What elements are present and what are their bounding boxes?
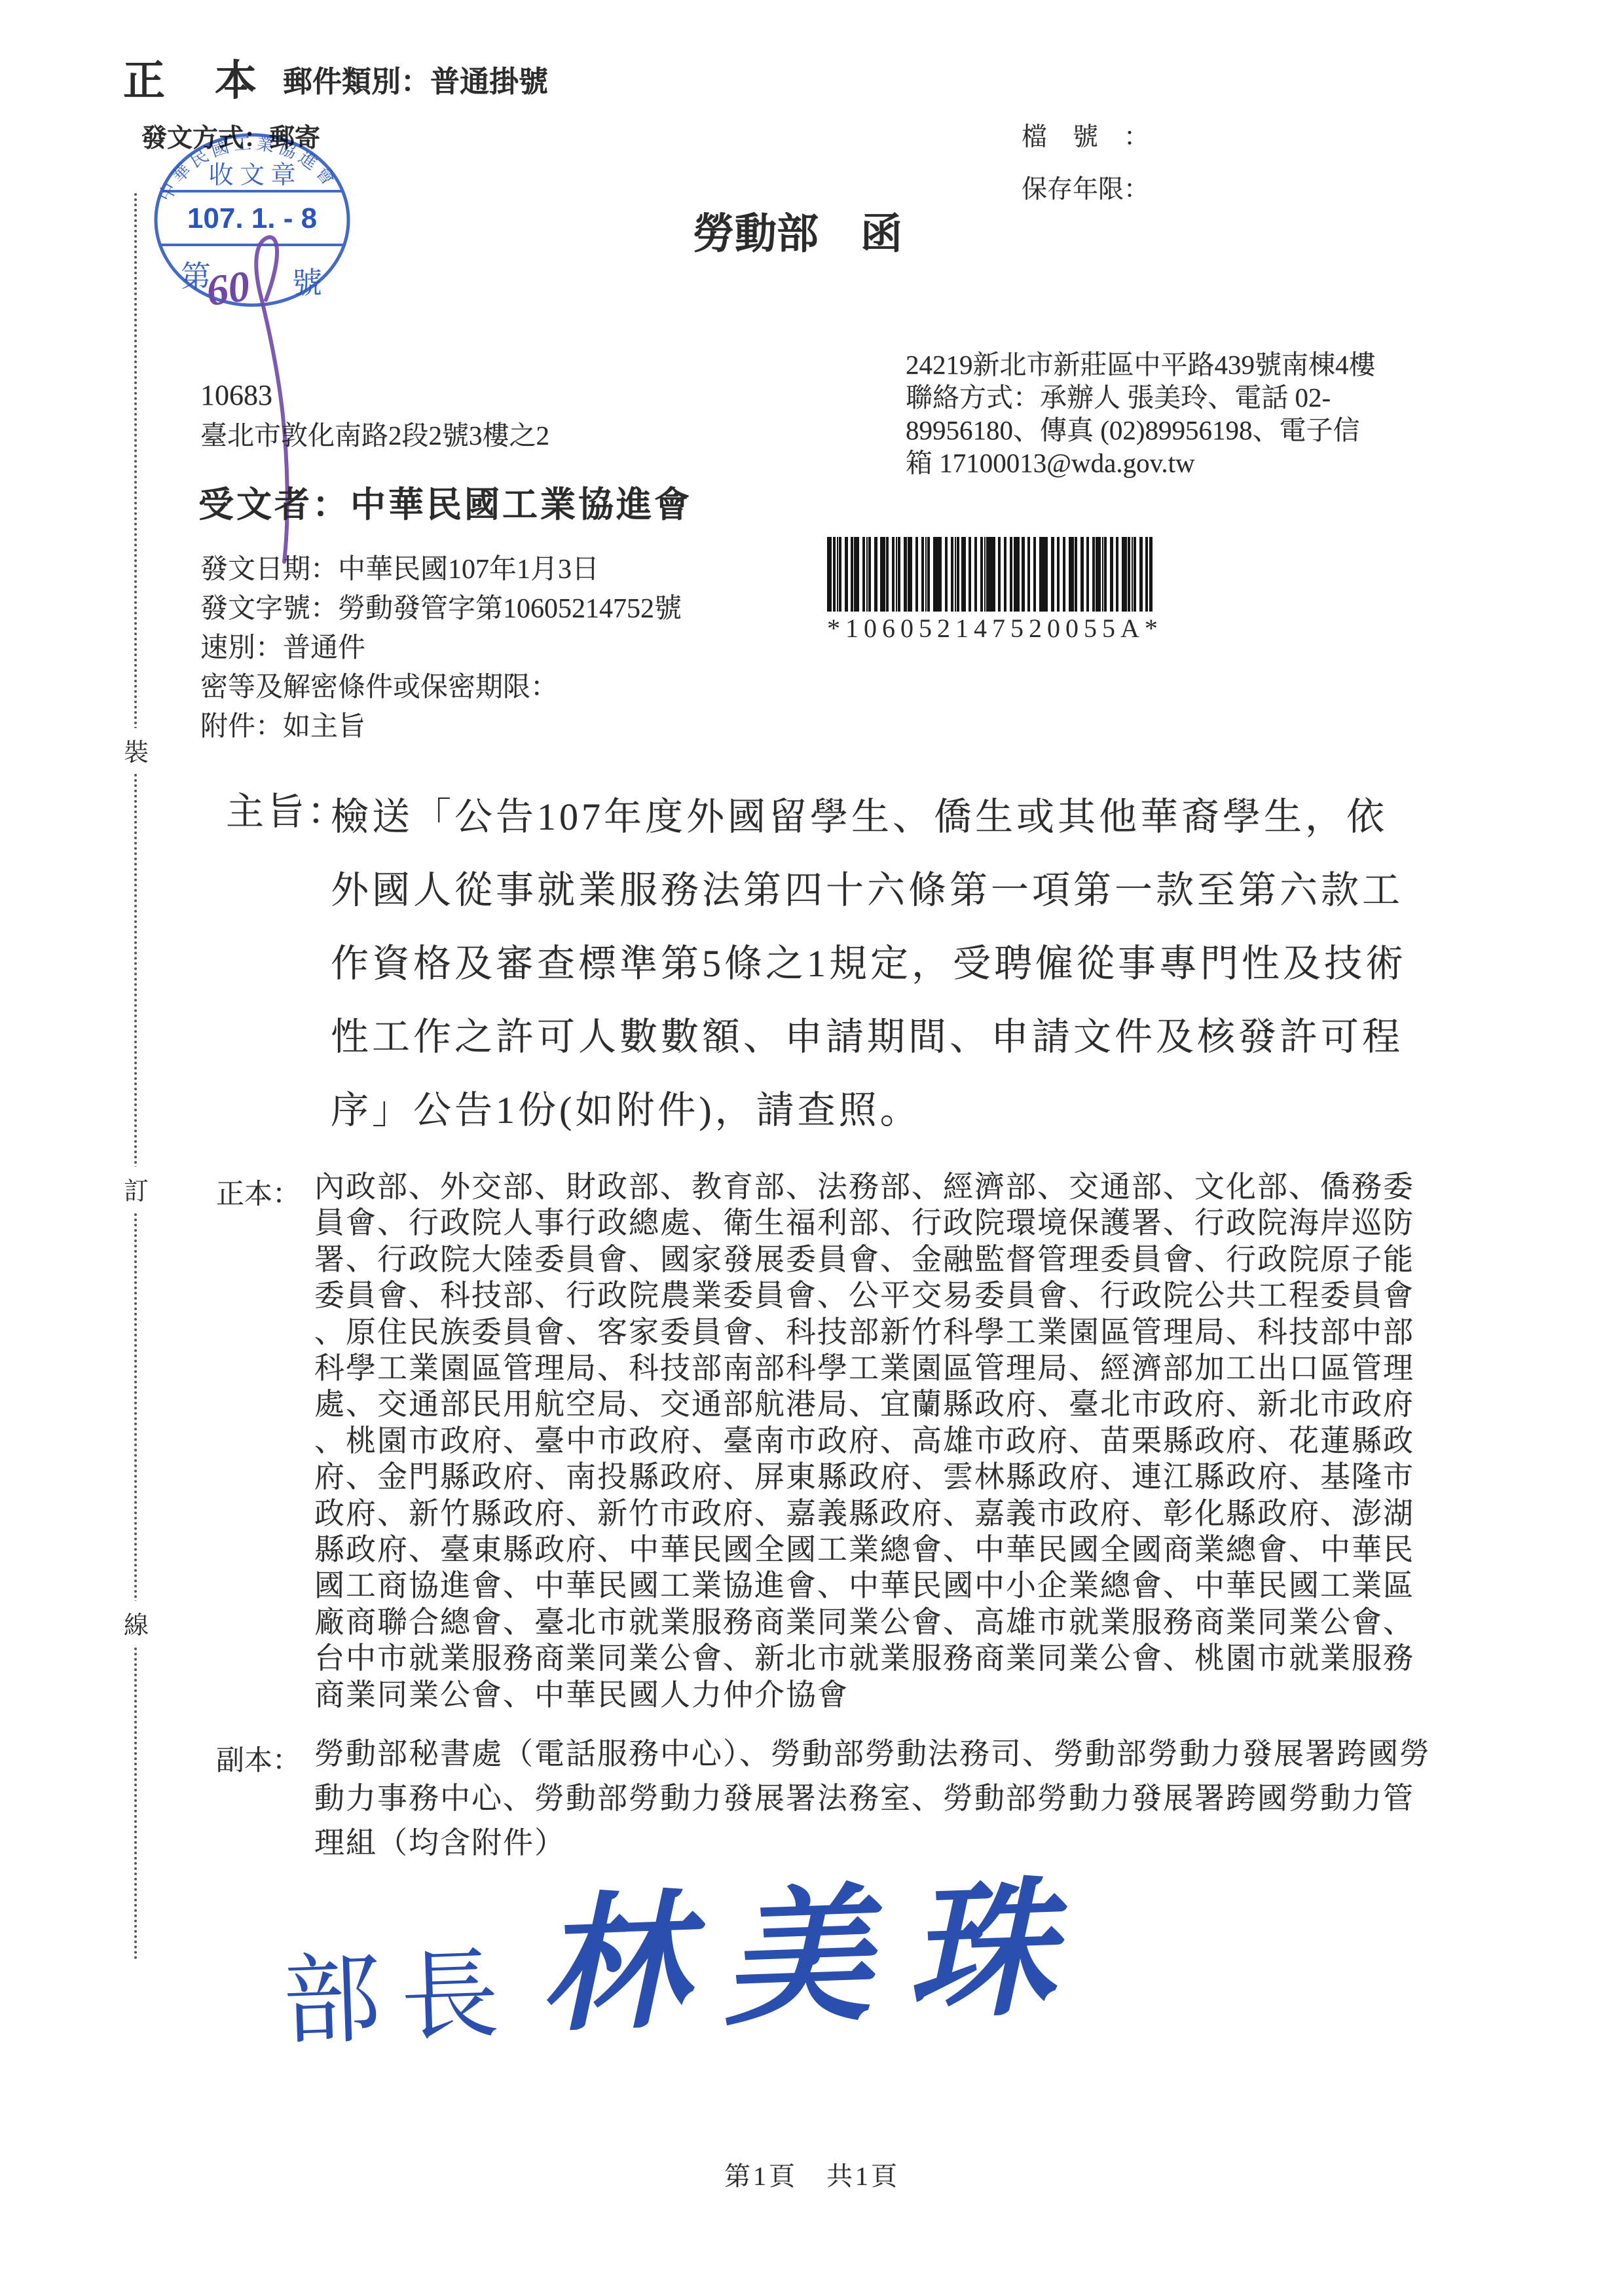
classification-line: 密等及解密條件或保密期限： (200, 668, 682, 707)
recipient-list-line: 科學工業園區管理局、科技部南部科學工業園區管理局、經濟部加工出口區管理 (314, 1350, 1414, 1386)
sender-contact-line: 89956180、傳真 (02)89956198、電子信 (906, 414, 1376, 447)
recipient-list-line: 國工商協進會、中華民國工業協進會、中華民國中小企業總會、中華民國工業區 (314, 1568, 1414, 1604)
sender-contact-block: 24219新北市新莊區中平路439號南棟4樓 聯絡方式：承辦人 張美玲、電話 0… (906, 348, 1376, 479)
recipient-list-line: 商業同業公會、中華民國人力仲介協會 (314, 1677, 1414, 1713)
subject-line: 序」公告1份(如附件)，請查照。 (331, 1074, 1407, 1147)
subject-body: 檢送「公告107年度外國留學生、僑生或其他華裔學生，依 外國人從事就業服務法第四… (331, 780, 1407, 1147)
doc-number-line: 發文字號：勞動發管字第10605214752號 (200, 589, 682, 629)
signature-name: 林美珠 (537, 1867, 1092, 2049)
priority-line: 速別：普通件 (200, 629, 682, 668)
barcode-bars (827, 537, 1153, 612)
retention-label: 保存年限： (1022, 169, 1149, 206)
stamp-date: 107. 1. - 8 (187, 202, 317, 234)
subject-line: 作資格及審查標準第5條之1規定，受聘僱從事專門性及技術 (331, 927, 1407, 1001)
binding-dotted-line (134, 193, 137, 1961)
subject-line: 性工作之許可人數數額、申請期間、申請文件及核發許可程 (331, 1001, 1407, 1074)
sender-address-line: 24219新北市新莊區中平路439號南棟4樓 (906, 348, 1376, 381)
cc-list-line: 勞動部秘書處（電話服務中心）、勞動部勞動法務司、勞動部勞動力發展署跨國勞 (314, 1732, 1431, 1776)
binding-char-ding: 訂 (122, 1167, 151, 1211)
subject-label: 主旨： (226, 780, 348, 835)
recipient-list-line: 署、行政院大陸委員會、國家發展委員會、金融監督管理委員會、行政院原子能 (314, 1241, 1414, 1277)
stamp-no-suffix: 號 (292, 266, 322, 300)
recipient-list-line: 、原住民族委員會、客家委員會、科技部新竹科學工業園區管理局、科技部中部 (314, 1314, 1414, 1350)
file-no-label: 檔 號 ： (1022, 117, 1149, 153)
official-letter-page: 裝 訂 線 正 本 郵件類別：普通掛號 發文方式：郵寄 檔 號 ： 保存年限： … (0, 0, 1624, 2295)
barcode: *106052147520055A* (827, 537, 1154, 644)
recipient-list-line: 員會、行政院人事行政總處、衛生福利部、行政院環境保護署、行政院海岸巡防 (314, 1205, 1414, 1241)
recipient-list-line: 、桃園市政府、臺中市政府、臺南市政府、高雄市政府、苗栗縣政府、花蓮縣政 (314, 1423, 1414, 1459)
copy-type-label: 正 本 (123, 47, 261, 107)
issue-date-line: 發文日期：中華民國107年1月3日 (200, 550, 682, 589)
recipient-address: 臺北市敦化南路2段2號3樓之2 (200, 414, 549, 452)
recipient-list-line: 政府、新竹縣政府、新竹市政府、嘉義縣政府、嘉義市政府、彰化縣政府、澎湖 (314, 1496, 1414, 1532)
recipient-list-line: 縣政府、臺東縣政府、中華民國全國工業總會、中華民國全國商業總會、中華民 (314, 1532, 1414, 1568)
receiver-line: 受文者：中華民國工業協進會 (198, 477, 692, 527)
original-copy-label: 正本： (216, 1172, 301, 1212)
attachment-line: 附件：如主旨 (200, 707, 682, 746)
binding-char-xian: 線 (122, 1601, 151, 1645)
cc-list-line: 動力事務中心、勞動部勞動力發展署法務室、勞動部勞動力發展署跨國勞動力管 (314, 1776, 1431, 1821)
recipient-list-line: 內政部、外交部、財政部、教育部、法務部、經濟部、交通部、文化部、僑務委 (314, 1169, 1414, 1205)
recipient-list-line: 府、金門縣政府、南投縣政府、屏東縣政府、雲林縣政府、連江縣政府、基隆市 (314, 1459, 1414, 1495)
mail-class-label: 郵件類別：普通掛號 (283, 58, 548, 100)
original-copy-list: 內政部、外交部、財政部、教育部、法務部、經濟部、交通部、文化部、僑務委 員會、行… (314, 1169, 1414, 1713)
signature-title: 部長 (281, 1940, 521, 2057)
barcode-text: *106052147520055A* (827, 613, 1153, 644)
sender-contact-line: 聯絡方式：承辦人 張美玲、電話 02- (906, 381, 1376, 414)
stamp-handwritten-number: 60 (204, 262, 253, 315)
recipient-list-line: 廠商聯合總會、臺北市就業服務商業同業公會、高雄市就業服務商業同業公會、 (314, 1604, 1414, 1640)
recipient-postal-code: 10683 (200, 378, 272, 412)
stamp-received-label: 收 文 章 (208, 162, 295, 189)
document-title: 勞動部 函 (693, 200, 902, 261)
recipient-list-line: 委員會、科技部、行政院農業委員會、公平交易委員會、行政院公共工程委員會 (314, 1277, 1414, 1313)
cc-copy-label: 副本： (216, 1738, 301, 1778)
minister-signature: 部長 林美珠 (278, 1839, 1074, 2078)
binding-char-zhuang: 裝 (122, 728, 151, 772)
recipient-list-line: 台中市就業服務商業同業公會、新北市就業服務商業同業公會、桃園市就業服務 (314, 1640, 1414, 1676)
subject-line: 外國人從事就業服務法第四十六條第一項第一款至第六款工 (331, 854, 1407, 927)
sender-email-line: 箱 17100013@wda.gov.tw (906, 447, 1376, 479)
subject-line: 檢送「公告107年度外國留學生、僑生或其他華裔學生，依 (331, 780, 1407, 854)
page-footer: 第1頁 共1頁 (0, 2156, 1624, 2193)
recipient-list-line: 處、交通部民用航空局、交通部航港局、宜蘭縣政府、臺北市政府、新北市政府 (314, 1386, 1414, 1422)
document-meta-block: 發文日期：中華民國107年1月3日 發文字號：勞動發管字第10605214752… (200, 550, 682, 746)
